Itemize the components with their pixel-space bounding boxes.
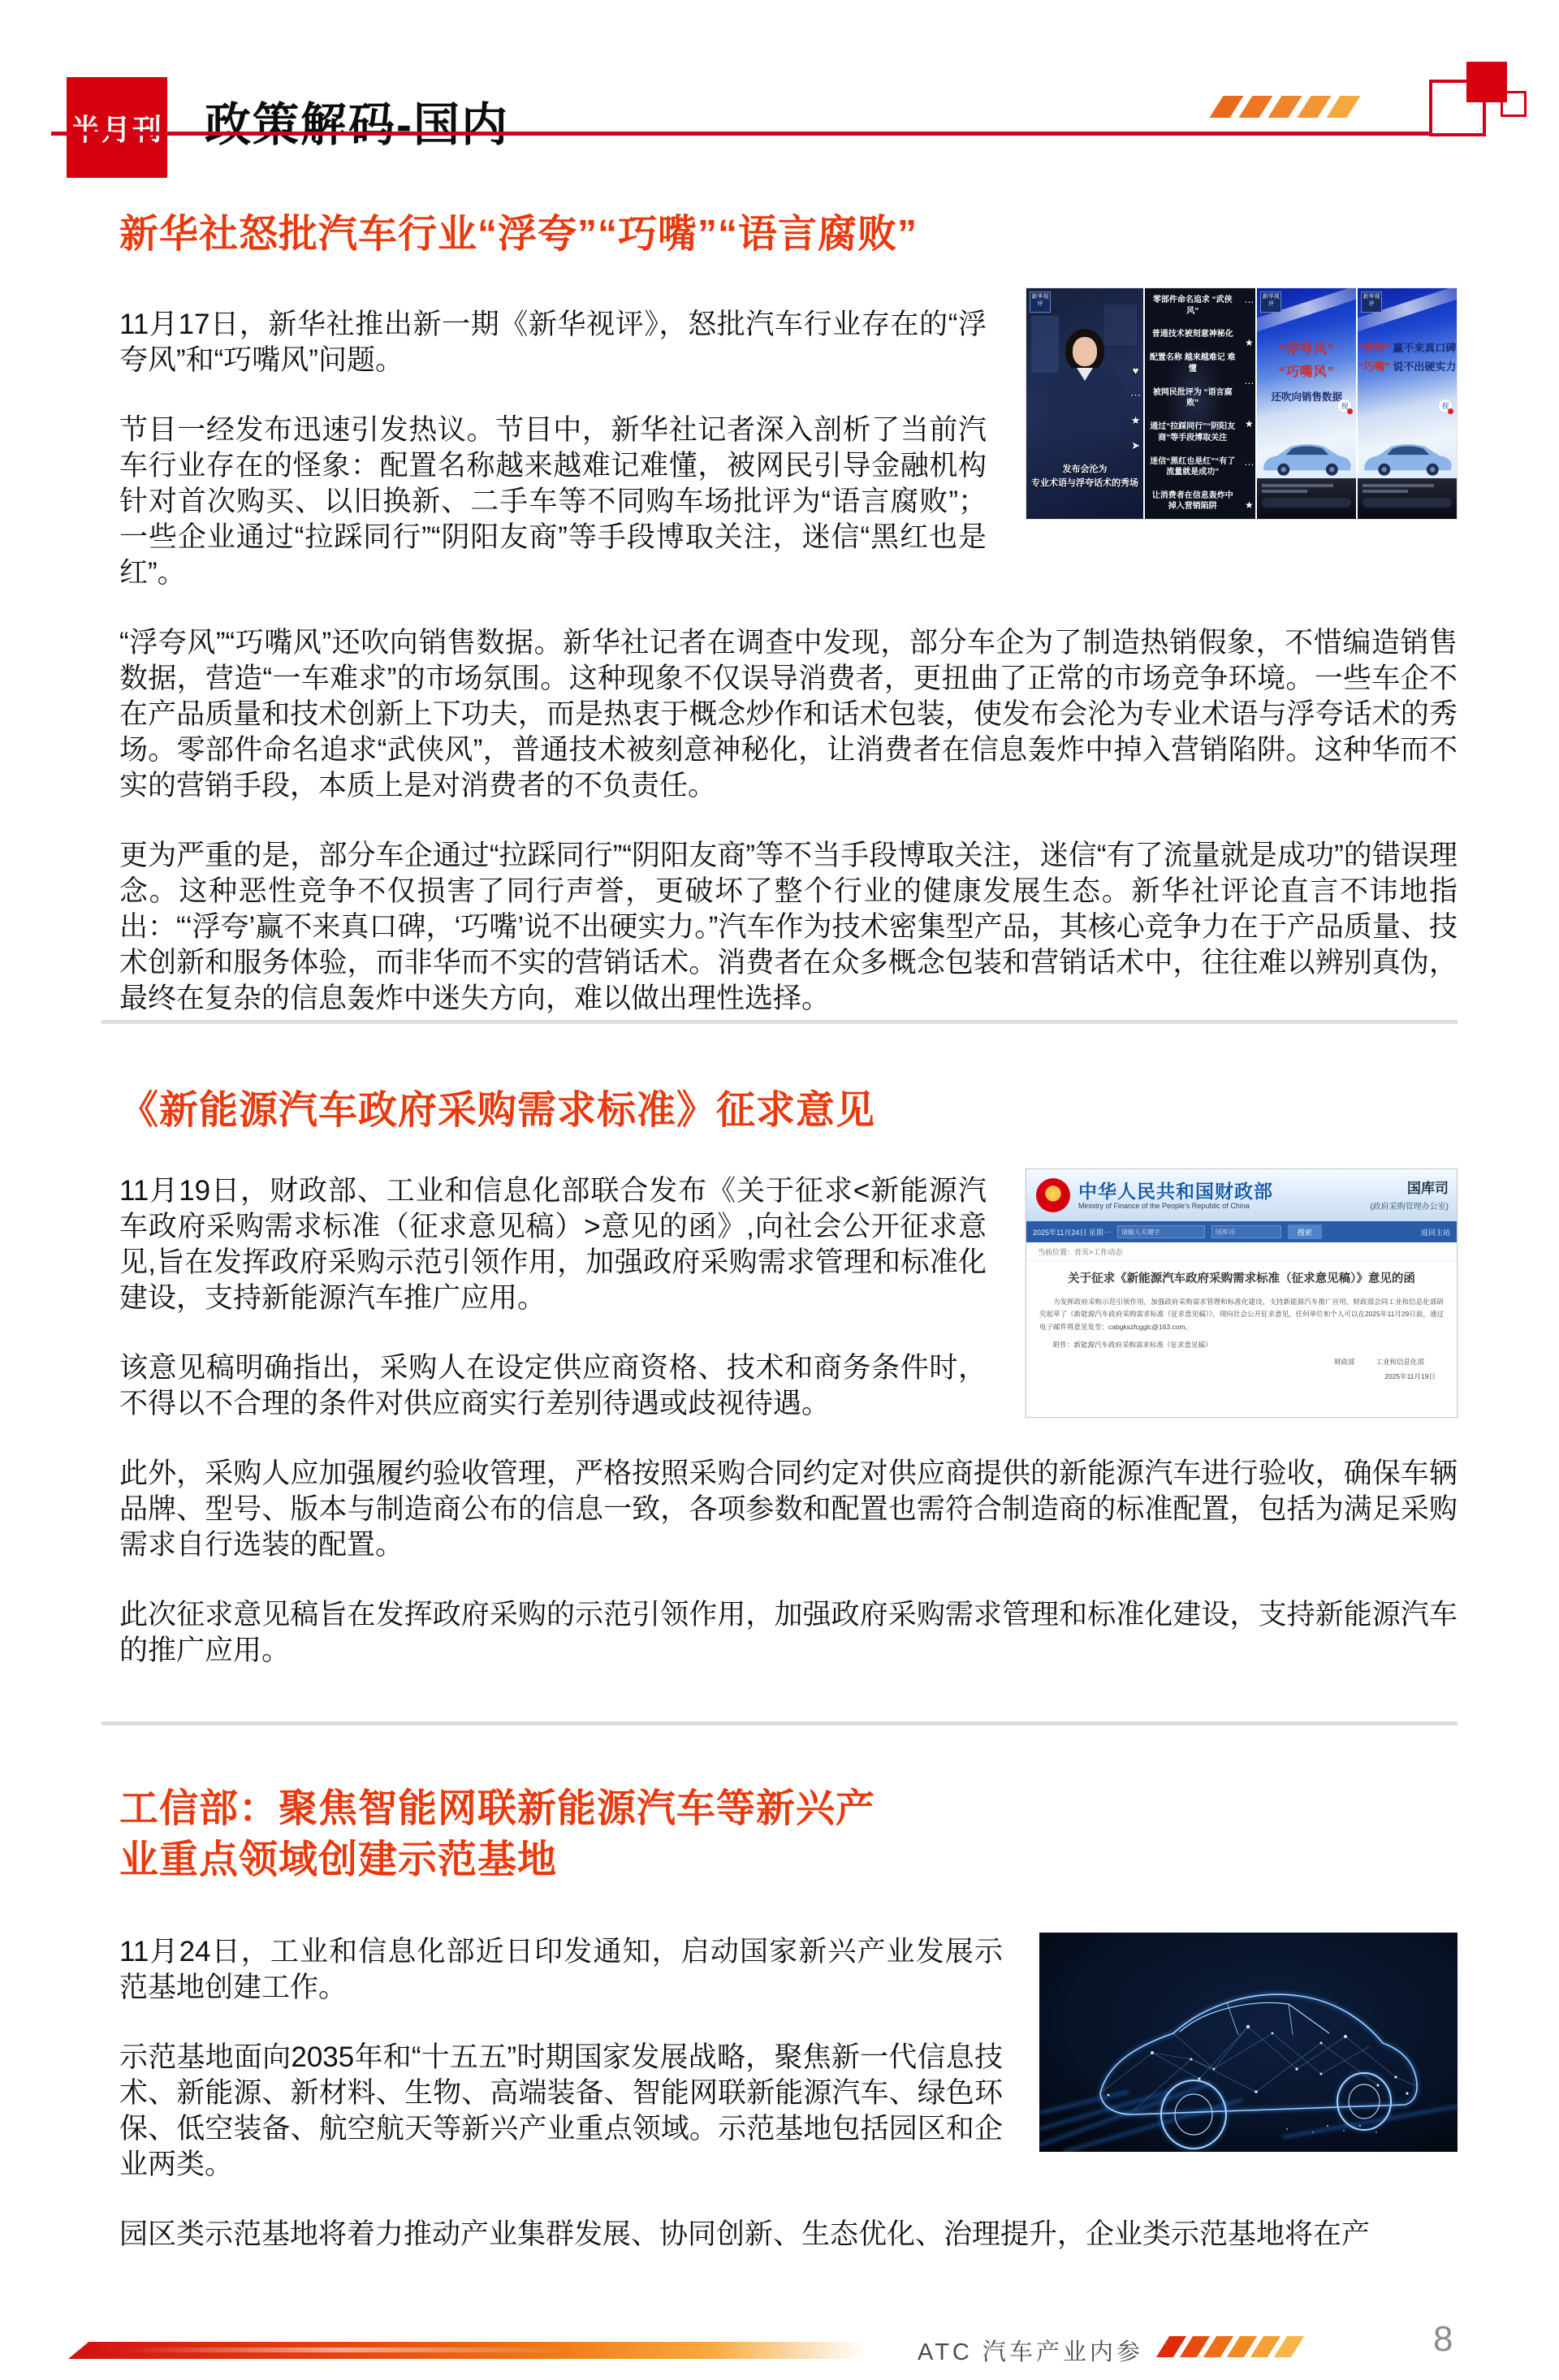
caption-line: 零部件命名追求 “武侠风” (1149, 295, 1236, 317)
header-rule (127, 132, 1486, 136)
caption-bar (1363, 484, 1434, 487)
news-video-screenshots: 新华视评 发布会沦为 专业术语与浮夸话术的秀场 ♥ ⋯ ★ ➤ 零部件命名追求 … (1026, 287, 1458, 520)
footer-brand: ATC 汽车产业内参 (918, 2334, 1143, 2367)
anchor-face (1073, 337, 1097, 366)
footer-slashes-decoration (1163, 2336, 1298, 2357)
caption-bar (1363, 490, 1408, 493)
back-home-link[interactable]: 返回主站 (1421, 1227, 1450, 1238)
square-filled-decoration (1466, 62, 1507, 102)
poster-line: “浮夸风” (1257, 339, 1356, 361)
mof-site-header: ★ 中华人民共和国财政部 Ministry of Finance of the … (1026, 1169, 1457, 1221)
video-info-strip (1257, 478, 1356, 519)
poster-line: “浮夸” 赢不来真口碑 (1358, 339, 1457, 357)
star-icon: ★ (1244, 418, 1254, 430)
slash-icon (1210, 96, 1244, 118)
comment-icon: ⋯ (1244, 378, 1254, 389)
section-miit-demo-bases: 工信部：聚焦智能网联新能源汽车等新兴产业重点领域创建示范基地 (119, 1783, 1458, 2287)
document-page: 半月刊 政策解码-国内 新华社怒批汽车行业“浮夸”“巧嘴”“语言腐败” 新华视评… (0, 0, 1559, 2380)
footer-swoosh-decoration (68, 2342, 890, 2359)
slash-icon (1298, 96, 1332, 118)
poster-text: “浮夸” 赢不来真口碑 “巧嘴” 说不出硬实力 (1358, 339, 1457, 377)
section-divider (101, 1020, 1458, 1024)
paragraph: 园区类示范基地将着力推动产业集群发展、协同创新、生态优化、治理提升，企业类示范基… (119, 2217, 1458, 2253)
xinhua-shiping-logo: 新华视评 (1361, 292, 1382, 313)
ministry-name-en: Ministry of Finance of the People's Repu… (1078, 1202, 1250, 1210)
department-subtitle: (政府采购管理办公室) (1370, 1199, 1449, 1212)
slash-icon (1239, 96, 1273, 118)
reaction-icons: ⋯ ★ ⋯ ★ ⋯ ★ (1244, 296, 1254, 511)
poster-panel-1: 新华视评 “浮夸风” “巧嘴风” 还吹向销售数据 视 (1257, 288, 1356, 519)
department-block: 国库司 (政府采购管理办公室) (1370, 1177, 1449, 1212)
comment-icon: ⋯ (1130, 389, 1141, 402)
signatures: 财政部工业和信息化部 (1039, 1357, 1444, 1367)
section-divider (101, 1721, 1458, 1726)
account-avatar-badge: 视 (1337, 399, 1352, 413)
xinhua-shiping-logo: 新华视评 (1260, 292, 1281, 313)
wireframe-car-image (1039, 1933, 1458, 2152)
section-title: 新华社怒批汽车行业“浮夸”“巧嘴”“语言腐败” (119, 213, 1458, 257)
national-emblem-icon: ★ (1036, 1178, 1070, 1212)
caption-list: 零部件命名追求 “武侠风”普通技术被刻意神秘化配置名称 越来越难记 难懂被网民批… (1149, 295, 1236, 512)
video-info-strip (1358, 478, 1457, 519)
caption-line: 通过“拉踩同行”“阴阳友商”等手段博取关注 (1149, 421, 1236, 443)
search-input[interactable]: 请输入关键字 (1117, 1225, 1205, 1238)
like-icon: ♥ (1130, 365, 1141, 377)
star-icon: ★ (1130, 414, 1141, 427)
paragraph: 此次征求意见稿旨在发挥政府采购的示范引领作用，加强政府采购需求管理和标准化建设，… (119, 1597, 1458, 1669)
notice-date: 2025年11月19日 (1039, 1371, 1444, 1381)
caption-line: 被网民批评为 “语言腐败” (1149, 387, 1236, 409)
blue-sedan-illustration (1259, 439, 1354, 478)
search-scope-select[interactable]: 国库司 (1211, 1225, 1281, 1238)
caption-line: 专业术语与浮夸话术的秀场 (1026, 477, 1143, 491)
header-rule-left (51, 132, 113, 136)
breadcrumb: 当前位置：首页>工作动态 (1026, 1242, 1457, 1261)
paragraph: 此外，采购人应加强履约验收管理，严格按照采购合同约定对供应商提供的新能源汽车进行… (119, 1456, 1458, 1563)
section-procurement-standard: 《新能源汽车政府采购需求标准》征求意见 ★ 中华人民共和国财政部 Ministr… (119, 1089, 1458, 1703)
ministry-name: 中华人民共和国财政部 (1078, 1177, 1273, 1203)
caption-line: 发布会沦为 (1026, 463, 1143, 477)
poster-text: “浮夸风” “巧嘴风” 还吹向销售数据 (1257, 339, 1356, 404)
search-button[interactable]: 搜索 (1288, 1225, 1322, 1239)
account-avatar-badge: 视 (1438, 399, 1453, 413)
caption-line: 普通技术被刻意神秘化 (1149, 329, 1236, 340)
star-icon: ★ (1244, 337, 1254, 348)
video-caption: 发布会沦为 专业术语与浮夸话术的秀场 (1026, 463, 1143, 491)
page-title: 政策解码-国内 (205, 88, 509, 154)
comment-icon: ⋯ (1244, 296, 1254, 308)
poster-line: “巧嘴风” (1257, 361, 1356, 384)
slash-icon (1327, 96, 1361, 118)
department-name: 国库司 (1370, 1177, 1449, 1197)
comment-input-bar (1363, 498, 1452, 508)
nav-date: 2025年11月24日 星期一 (1033, 1227, 1111, 1238)
notice-document: 关于征求《新能源汽车政府采购需求标准（征求意见稿）》意见的函 为发挥政府采购示范… (1026, 1261, 1457, 1381)
caption-line: 让消费者在信息轰炸中掉入营销陷阱 (1149, 490, 1236, 512)
poster-line: “巧嘴” 说不出硬实力 (1358, 357, 1457, 376)
caption-bar (1262, 490, 1307, 493)
poster-panel-2: 新华视评 “浮夸” 赢不来真口碑 “巧嘴” 说不出硬实力 视 (1358, 288, 1457, 519)
notice-body: 为发挥政府采购示范引领作用，加强政府采购需求管理和标准化建设，支持新能源汽车推广… (1039, 1296, 1444, 1334)
reaction-icons: ♥ ⋯ ★ ➤ (1130, 365, 1141, 452)
header-slashes-decoration (1216, 96, 1354, 118)
issue-badge: 半月刊 (67, 77, 167, 178)
anchor-panel: 新华视评 发布会沦为 专业术语与浮夸话术的秀场 ♥ ⋯ ★ ➤ (1026, 288, 1143, 519)
mof-notice-screenshot: ★ 中华人民共和国财政部 Ministry of Finance of the … (1026, 1168, 1458, 1418)
star-icon: ★ (1244, 499, 1254, 511)
caption-line: 迷信“黑红也是红”“有了流量就是成功” (1149, 456, 1236, 478)
comment-input-bar (1262, 498, 1351, 508)
attachment-line: 附件：新能源汽车政府采购需求标准（征求意见稿） (1039, 1340, 1444, 1350)
notice-title: 关于征求《新能源汽车政府采购需求标准（征求意见稿）》意见的函 (1039, 1271, 1444, 1289)
blue-sedan-illustration (1360, 439, 1455, 478)
mof-navbar: 2025年11月24日 星期一 请输入关键字 国库司 搜索 返回主站 (1026, 1221, 1457, 1242)
section-xinhua-critique: 新华社怒批汽车行业“浮夸”“巧嘴”“语言腐败” 新华视评 发布会沦为 专业术语与… (119, 213, 1458, 1051)
paragraph: “浮夸风”“巧嘴风”还吹向销售数据。新华社记者在调查中发现，部分车企为了制造热销… (119, 625, 1458, 804)
page-number: 8 (1433, 2319, 1453, 2360)
section-title: 《新能源汽车政府采购需求标准》征求意见 (119, 1089, 1458, 1133)
paragraph: 更为严重的是，部分车企通过“拉踩同行”“阴阳友商”等不当手段博取关注，迷信“有了… (119, 838, 1458, 1017)
share-icon: ➤ (1130, 439, 1141, 452)
xinhua-shiping-logo: 新华视评 (1030, 292, 1051, 313)
caption-panel: 零部件命名追求 “武侠风”普通技术被刻意神秘化配置名称 越来越难记 难懂被网民批… (1145, 288, 1255, 519)
caption-bar (1262, 484, 1333, 487)
section-title: 工信部：聚焦智能网联新能源汽车等新兴产业重点领域创建示范基地 (119, 1783, 899, 1885)
comment-icon: ⋯ (1244, 459, 1254, 470)
caption-line: 配置名称 越来越难记 难懂 (1149, 352, 1236, 374)
slash-icon (1268, 96, 1302, 118)
anchor-torso (1047, 368, 1122, 431)
